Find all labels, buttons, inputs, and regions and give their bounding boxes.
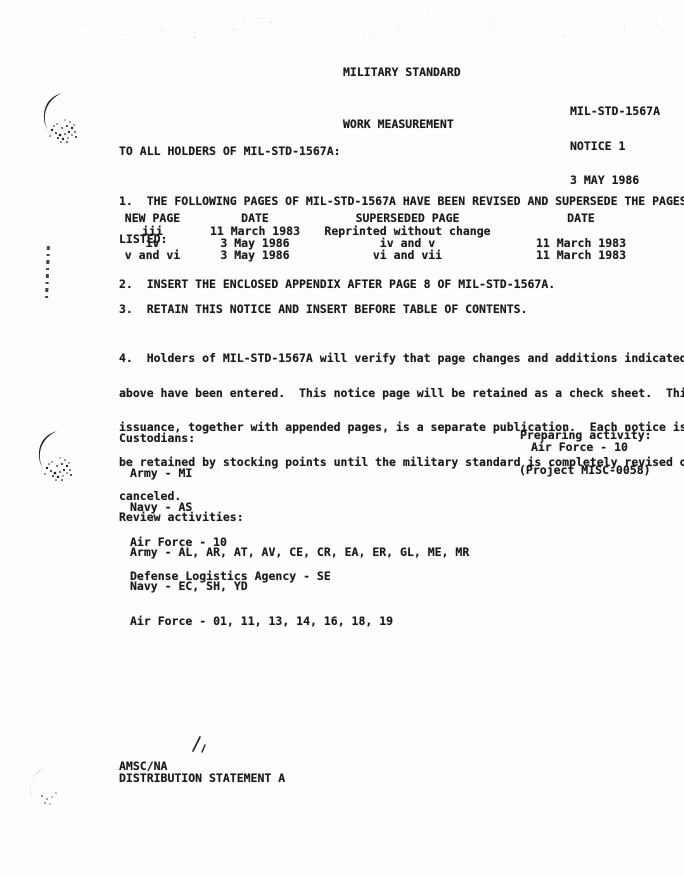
col-header-new-page: NEW PAGE xyxy=(100,211,205,225)
doc-title: WORK MEASUREMENT xyxy=(343,119,454,131)
table-row: iii 11 March 1983 Reprinted without chan… xyxy=(100,224,652,236)
table-row: v and vi 3 May 1986 vi and vii 11 March … xyxy=(100,248,652,260)
preparing-activity-value: Air Force - 10 xyxy=(531,442,628,454)
doc-id: MIL-STD-1567A xyxy=(570,106,660,118)
col-header-date: DATE xyxy=(205,211,305,225)
review-activities-list: Army - AL, AR, AT, AV, CE, CR, EA, ER, G… xyxy=(130,524,469,651)
col-header-superseded-page: SUPERSEDED PAGE xyxy=(305,211,510,225)
custodian-item: Army - MI xyxy=(130,468,331,480)
item-4-line: 4. Holders of MIL-STD-1567A will verify … xyxy=(119,353,684,365)
revision-table-header-row: NEW PAGE DATE SUPERSEDED PAGE DATE xyxy=(100,211,652,223)
review-activity-item: Army - AL, AR, AT, AV, CE, CR, EA, ER, G… xyxy=(130,547,469,559)
cell-date-2: 11 March 1983 xyxy=(510,248,652,262)
table-row: iv 3 May 1986 iv and v 11 March 1983 xyxy=(100,236,652,248)
scan-artifact-ink-dashes xyxy=(45,246,49,298)
col-header-date-2: DATE xyxy=(510,211,652,225)
distribution-statement: DISTRIBUTION STATEMENT A xyxy=(119,773,285,785)
project-number: (Project MISC-0058) xyxy=(519,465,651,477)
doc-notice-number: NOTICE 1 xyxy=(570,141,660,153)
review-activity-item: Navy - EC, SH, YD xyxy=(130,581,469,593)
scan-artifact-crescent xyxy=(27,428,79,486)
scanned-document-page: MILITARY STANDARD MIL-STD-1567A NOTICE 1… xyxy=(0,0,684,876)
cell-date: 3 May 1986 xyxy=(205,248,305,262)
review-activities-label: Review activities: xyxy=(119,512,244,524)
doc-type-label: MILITARY STANDARD xyxy=(343,67,461,79)
salutation: TO ALL HOLDERS OF MIL-STD-1567A: xyxy=(119,146,341,158)
item-3-paragraph: 3. RETAIN THIS NOTICE AND INSERT BEFORE … xyxy=(119,304,528,316)
scan-artifact-crescent xyxy=(20,766,64,814)
item-4-line: above have been entered. This notice pag… xyxy=(119,388,684,400)
review-activity-item: Air Force - 01, 11, 13, 14, 16, 18, 19 xyxy=(130,616,469,628)
item-2-paragraph: 2. INSERT THE ENCLOSED APPENDIX AFTER PA… xyxy=(119,279,555,291)
scan-artifact-pen-slash xyxy=(184,735,210,759)
cell-new-page: v and vi xyxy=(100,248,205,262)
custodians-label: Custodians: xyxy=(119,433,195,445)
item-1-line: 1. THE FOLLOWING PAGES OF MIL-STD-1567A … xyxy=(119,195,684,208)
scan-artifact-crescent xyxy=(32,90,84,148)
cell-superseded-page: vi and vii xyxy=(305,248,510,262)
